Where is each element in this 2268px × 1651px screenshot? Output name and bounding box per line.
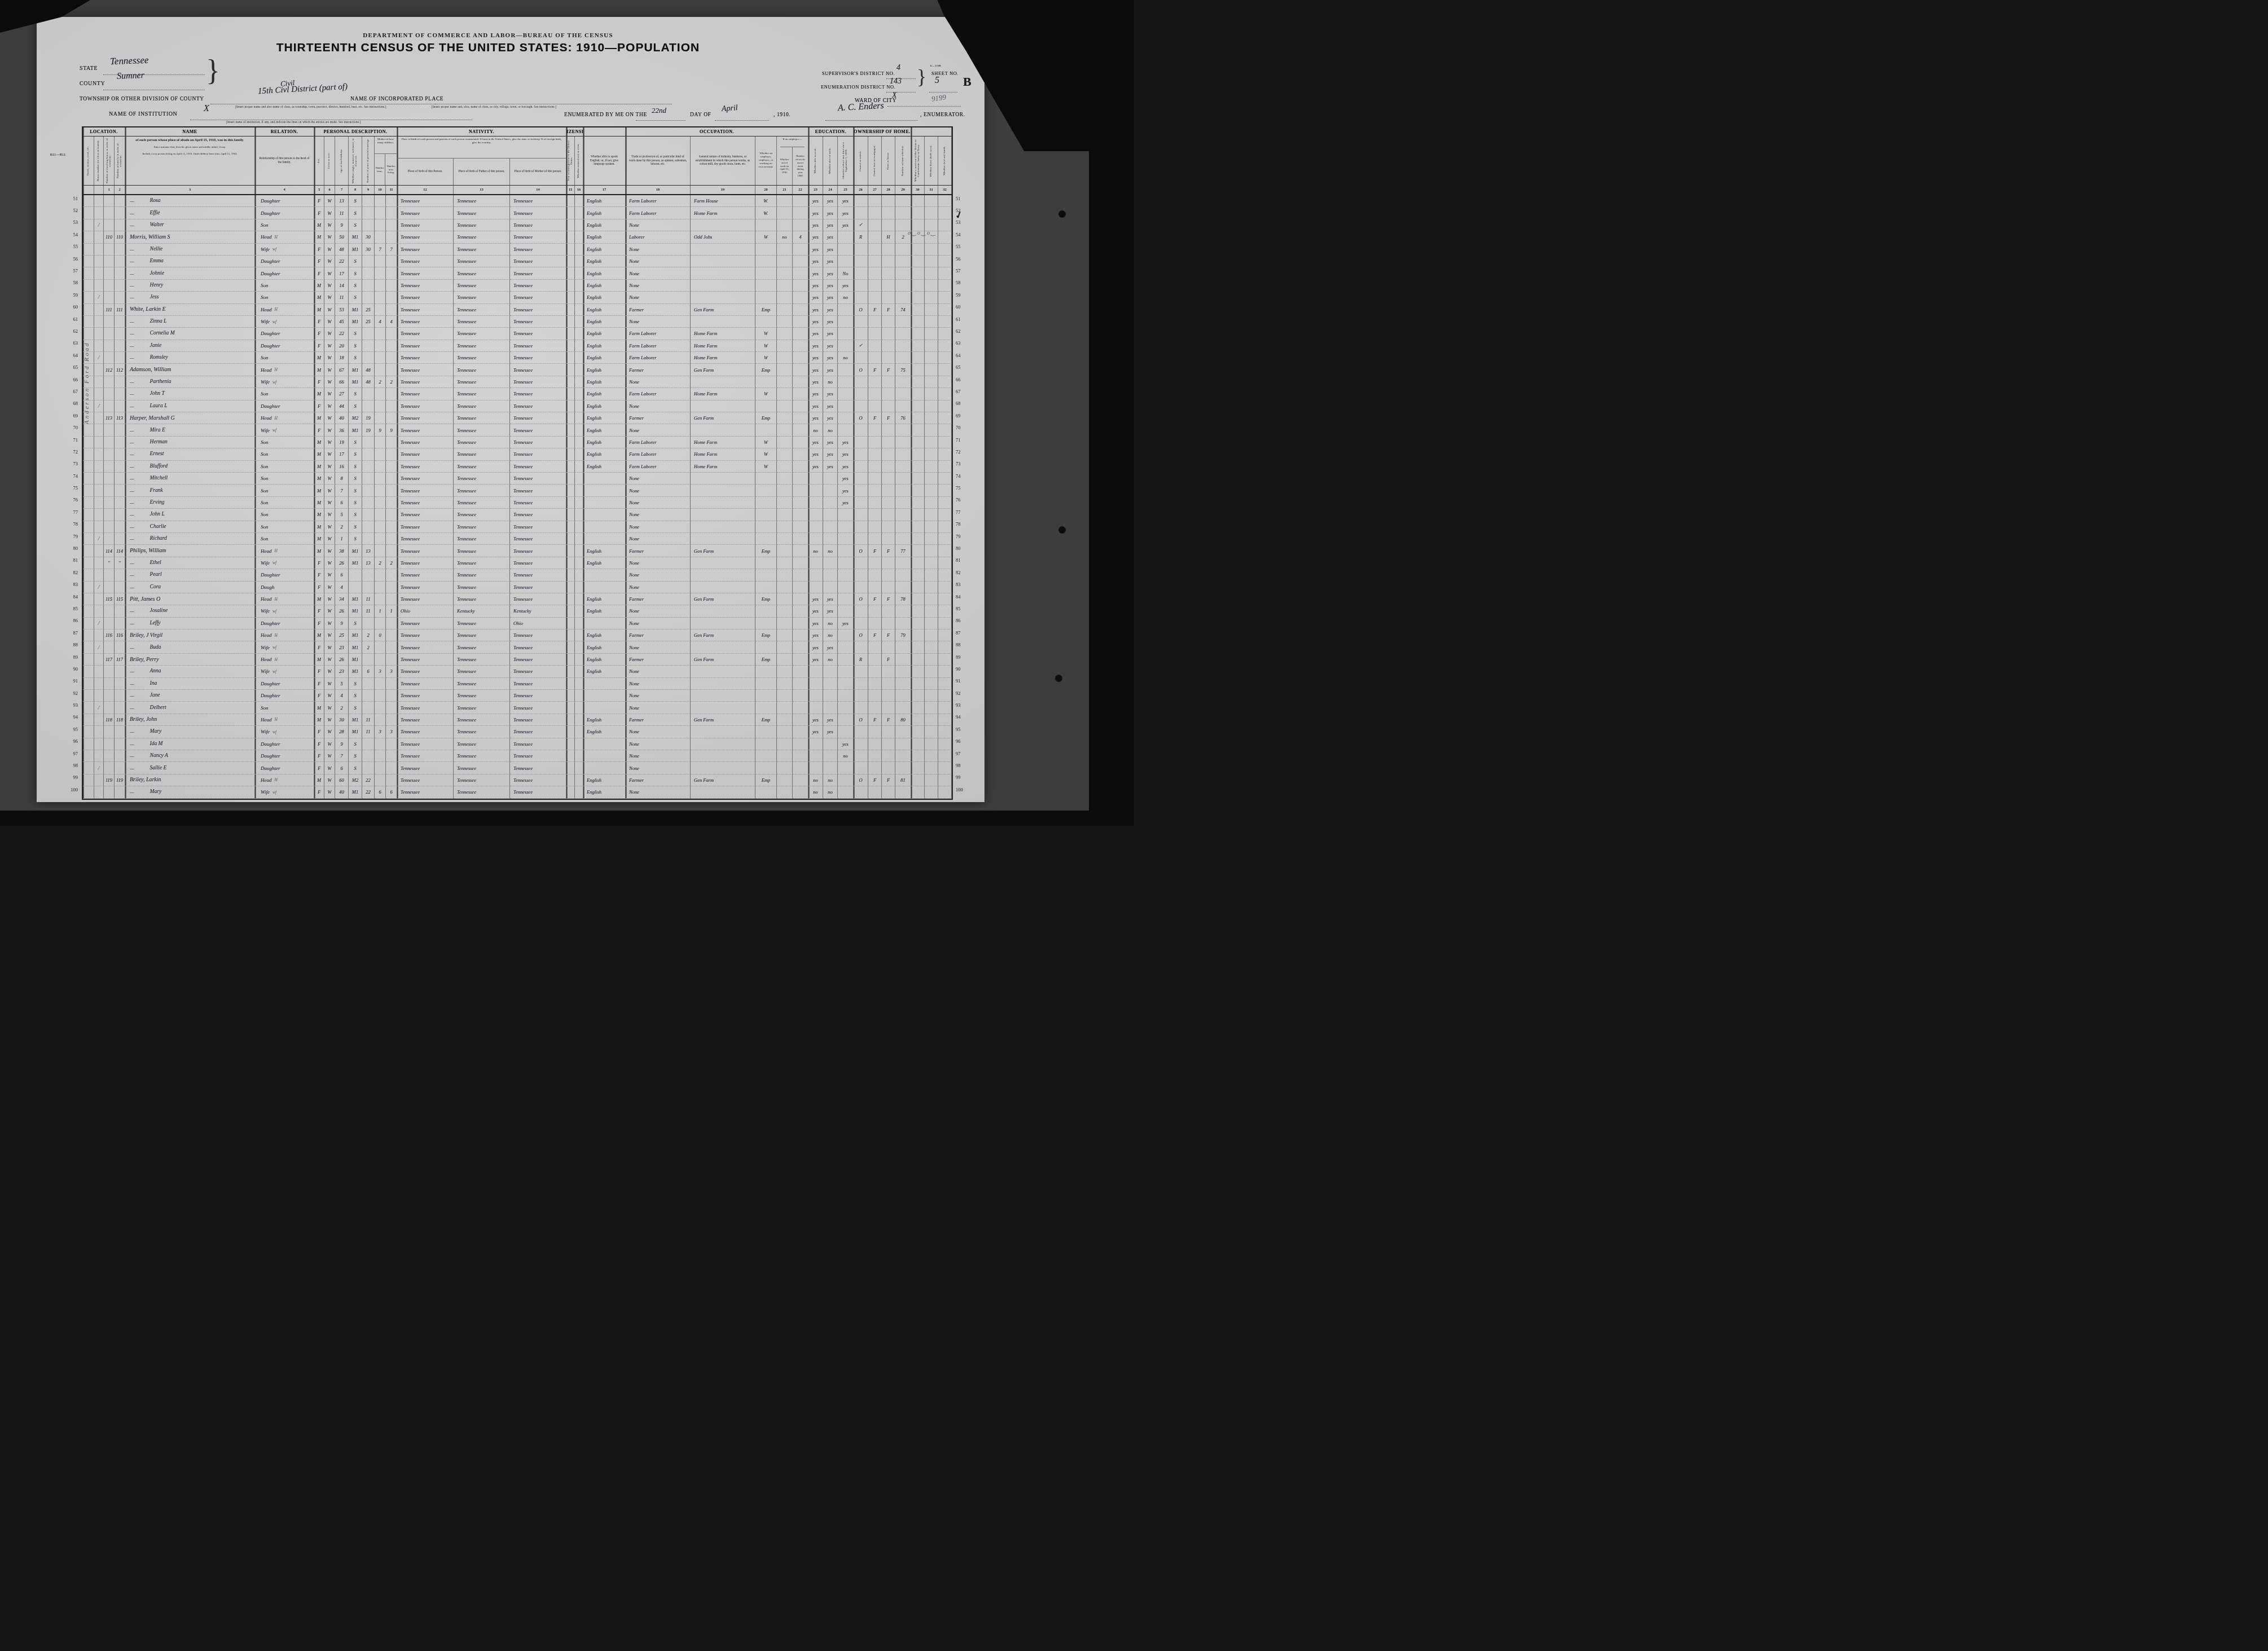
- cell-emp: [755, 726, 777, 738]
- cell-rd: [808, 690, 823, 702]
- cell-sex: M: [314, 485, 324, 496]
- cell-age: 7: [335, 485, 349, 496]
- cell-rel: Son: [255, 292, 314, 303]
- cell-name: —Ina: [125, 678, 255, 690]
- cell-occ: Farm Laborer: [626, 437, 691, 448]
- cell-nat: [575, 582, 583, 593]
- cell-ind: [691, 400, 755, 412]
- cell-pbf: Tennessee: [454, 207, 510, 219]
- col-desc-cl: Number now living.: [385, 154, 397, 185]
- cell-pbf: Tennessee: [454, 738, 510, 750]
- cell-ind: [691, 726, 755, 738]
- cell-df: [938, 352, 952, 364]
- cell-sc: yes: [838, 473, 854, 485]
- cell-cl: 4: [386, 316, 397, 328]
- cell-wr: no: [823, 618, 838, 629]
- cell-emp: [755, 424, 777, 436]
- cell-cb: [375, 569, 386, 581]
- cell-bl: [925, 316, 938, 328]
- cell-name: —Cora: [125, 582, 255, 593]
- cell-sc: [838, 557, 854, 569]
- cell-sched: [895, 533, 911, 545]
- cell-name: —Johnie: [125, 267, 255, 279]
- cell-imm: [566, 509, 575, 521]
- cell-own: [854, 485, 868, 496]
- cell-fam: [115, 521, 125, 533]
- cell-color: W: [324, 437, 335, 448]
- cell-name: —Mitchell: [125, 473, 255, 485]
- row-number-left: 96: [65, 736, 80, 747]
- cell-nat: [575, 666, 583, 677]
- cell-sc: no: [838, 292, 854, 303]
- cell-fr: [868, 509, 882, 521]
- cell-cb: [375, 448, 386, 460]
- cell-pb: Tennessee: [397, 654, 454, 666]
- cell-wk: [793, 412, 808, 424]
- cell-wk: [793, 448, 808, 460]
- cell-yrs: [362, 195, 375, 207]
- enumeration-underline: [886, 91, 916, 93]
- cell-pb: Tennessee: [397, 437, 454, 448]
- institution-label: Name of institution: [109, 111, 177, 117]
- cell-rd: no: [808, 786, 823, 798]
- census-row-95: —MaryWifewfFW28M11133TennesseeTennesseeT…: [83, 726, 952, 738]
- cell-name: —Nellie: [125, 244, 255, 256]
- cell-own: R: [854, 654, 868, 666]
- row-number-left: 88: [65, 639, 80, 650]
- cell-fh: F: [882, 593, 895, 605]
- row-number-left: 74: [65, 470, 80, 482]
- cell-pbf: Tennessee: [454, 593, 510, 605]
- cell-yrs: 19: [362, 412, 375, 424]
- cell-own: [854, 641, 868, 653]
- col-number: 29: [895, 186, 911, 194]
- cell-pb: Tennessee: [397, 364, 454, 376]
- cell-dwell: [104, 641, 115, 653]
- row-number-right: 96: [954, 736, 969, 747]
- cell-fh: F: [882, 714, 895, 726]
- cell-sc: [838, 678, 854, 690]
- cell-fr: [868, 750, 882, 762]
- cell-sched: [895, 557, 911, 569]
- cell-yrs: 30: [362, 231, 375, 243]
- cell-rel: Son: [255, 521, 314, 533]
- cell-fh: F: [882, 654, 895, 666]
- row-number-left: 94: [65, 711, 80, 723]
- row-number-left: 55: [65, 241, 80, 253]
- row-number-right: 74: [954, 470, 969, 482]
- cell-sched: [895, 654, 911, 666]
- cell-vet: [911, 376, 925, 388]
- cell-cl: [386, 448, 397, 460]
- cell-name: —Rosa: [125, 195, 255, 207]
- cell-bl: [925, 690, 938, 702]
- row-number-left: 73: [65, 458, 80, 470]
- col-number: 1: [104, 186, 115, 194]
- cell-dwell: 119: [104, 774, 115, 786]
- census-row-66: —PartheniaWifewfFW66M14822TennesseeTenne…: [83, 376, 952, 388]
- punch-hole: [1055, 675, 1062, 682]
- cell-ow: [777, 582, 793, 593]
- cell-nat: [575, 726, 583, 738]
- cell-pb: Tennessee: [397, 593, 454, 605]
- census-row-76: —ErvingSonMW6STennesseeTennesseeTennesse…: [83, 497, 952, 509]
- cell-wr: yes: [823, 714, 838, 726]
- cell-yrs: [362, 738, 375, 750]
- cell-age: 40: [335, 412, 349, 424]
- cell-ow: [777, 678, 793, 690]
- cell-ow: [777, 207, 793, 219]
- cell-color: W: [324, 485, 335, 496]
- cell-cl: [386, 388, 397, 400]
- cell-df: [938, 207, 952, 219]
- cell-mar: S: [349, 678, 362, 690]
- cell-imm: [566, 461, 575, 473]
- cell-vet: [911, 774, 925, 786]
- cell-sex: M: [314, 219, 324, 231]
- cell-own: [854, 244, 868, 256]
- row-number-right: 90: [954, 663, 969, 675]
- cell-own: [854, 497, 868, 509]
- cell-pbm: Kentucky: [510, 605, 566, 617]
- cell-fam: [115, 738, 125, 750]
- cell-imm: [566, 629, 575, 641]
- cell-occ: Farmer: [626, 412, 691, 424]
- cell-street: [83, 786, 94, 798]
- row-number-left: 81: [65, 554, 80, 566]
- month-underline: [715, 120, 769, 121]
- cell-rd: yes: [808, 280, 823, 292]
- cell-color: W: [324, 231, 335, 243]
- cell-name: —Pearl: [125, 569, 255, 581]
- cell-age: 17: [335, 448, 349, 460]
- cell-own: [854, 388, 868, 400]
- cell-sc: [838, 605, 854, 617]
- cell-emp: [755, 292, 777, 303]
- cell-wk: [793, 195, 808, 207]
- cell-bl: [925, 629, 938, 641]
- cell-ow: [777, 316, 793, 328]
- state-label: State: [80, 65, 98, 72]
- cell-house: /: [94, 582, 104, 593]
- cell-rel: Wifewf: [255, 641, 314, 653]
- cell-eng: English: [583, 774, 626, 786]
- cell-imm: [566, 654, 575, 666]
- sheet-form-code: 6—1188: [930, 64, 941, 67]
- cell-fr: [868, 533, 882, 545]
- cell-nat: [575, 412, 583, 424]
- cell-df: [938, 424, 952, 436]
- cell-df: [938, 654, 952, 666]
- cell-wr: yes: [823, 256, 838, 267]
- cell-dwell: 111: [104, 304, 115, 316]
- cell-cl: [386, 485, 397, 496]
- cell-wr: [823, 485, 838, 496]
- cell-age: 11: [335, 207, 349, 219]
- cell-pb: Tennessee: [397, 629, 454, 641]
- cell-imm: [566, 280, 575, 292]
- cell-cb: [375, 461, 386, 473]
- cell-dwell: [104, 388, 115, 400]
- cell-emp: [755, 750, 777, 762]
- cell-occ: Farmer: [626, 545, 691, 557]
- cell-vet: [911, 400, 925, 412]
- cell-sched: [895, 485, 911, 496]
- cell-yrs: [362, 485, 375, 496]
- cell-sc: [838, 400, 854, 412]
- cell-rel: Son: [255, 702, 314, 714]
- group-header: [583, 127, 626, 137]
- cell-yrs: [362, 461, 375, 473]
- cell-ind: Gen Farm: [691, 304, 755, 316]
- cell-fam: [115, 618, 125, 629]
- cell-vet: [911, 618, 925, 629]
- cell-pb: Tennessee: [397, 714, 454, 726]
- cell-age: 26: [335, 557, 349, 569]
- row-number-right: 57: [954, 265, 969, 276]
- cell-yrs: 22: [362, 786, 375, 798]
- cell-name: —Ernest: [125, 448, 255, 460]
- cell-dwell: 110: [104, 231, 115, 243]
- cell-sc: [838, 569, 854, 581]
- cell-nat: [575, 195, 583, 207]
- cell-vet: [911, 219, 925, 231]
- cell-color: W: [324, 267, 335, 279]
- cell-fam: 113: [115, 412, 125, 424]
- col-number: 21: [777, 186, 793, 194]
- cell-pb: Tennessee: [397, 400, 454, 412]
- census-row-70: —Mira EWifewfFW36M11999TennesseeTennesse…: [83, 424, 952, 436]
- cell-sched: 80: [895, 714, 911, 726]
- cell-nat: [575, 219, 583, 231]
- cell-dwell: 115: [104, 593, 115, 605]
- cell-wk: [793, 364, 808, 376]
- col-desc-color: Color or race.: [324, 137, 335, 185]
- cell-nat: [575, 473, 583, 485]
- row-number-right: 98: [954, 759, 969, 771]
- county-underline: [103, 89, 205, 90]
- cell-ow: [777, 352, 793, 364]
- cell-ind: [691, 473, 755, 485]
- col-number: 4: [255, 186, 314, 194]
- cell-emp: [755, 582, 777, 593]
- cell-vet: [911, 473, 925, 485]
- cell-rel: Son: [255, 388, 314, 400]
- enumeration-district-label: Enumeration District No.: [821, 84, 896, 90]
- cell-dwell: [104, 521, 115, 533]
- col-number: [83, 186, 94, 194]
- cell-imm: [566, 256, 575, 267]
- col-desc-occ: Trade or profession of, or particular ki…: [626, 137, 691, 185]
- cell-rd: [808, 702, 823, 714]
- cell-cb: 7: [375, 244, 386, 256]
- col-desc-fh: Farm or house.: [882, 137, 895, 185]
- cell-pbf: Tennessee: [454, 678, 510, 690]
- col-desc-fr: Owned free or mortgaged.: [868, 137, 882, 185]
- row-number-right: 73: [954, 458, 969, 470]
- cell-fam: [115, 437, 125, 448]
- cell-fam: [115, 400, 125, 412]
- cell-pbf: Tennessee: [454, 654, 510, 666]
- cell-fam: 110: [115, 231, 125, 243]
- cell-pbm: Tennessee: [510, 726, 566, 738]
- cell-street: [83, 545, 94, 557]
- cell-df: [938, 666, 952, 677]
- cell-rd: yes: [808, 219, 823, 231]
- row-number-right: 72: [954, 446, 969, 457]
- cell-street: [83, 485, 94, 496]
- col-number: 16: [575, 186, 583, 194]
- row-number-right: 76: [954, 494, 969, 506]
- cell-sc: [838, 533, 854, 545]
- cell-sched: [895, 750, 911, 762]
- col-number: 12: [397, 186, 454, 194]
- cell-ow: [777, 219, 793, 231]
- cell-eng: English: [583, 267, 626, 279]
- cell-emp: W: [755, 328, 777, 340]
- year-suffix: , 1910.: [773, 112, 790, 118]
- cell-emp: Emp: [755, 654, 777, 666]
- cell-eng: English: [583, 244, 626, 256]
- cell-rel: Son: [255, 280, 314, 292]
- cell-emp: Emp: [755, 412, 777, 424]
- group-header: LOCATION.: [83, 127, 125, 137]
- cell-mar: S: [349, 702, 362, 714]
- cell-vet: [911, 582, 925, 593]
- cell-color: W: [324, 545, 335, 557]
- cell-own: O: [854, 412, 868, 424]
- cell-wk: [793, 352, 808, 364]
- cell-age: 20: [335, 340, 349, 352]
- cell-pb: Tennessee: [397, 412, 454, 424]
- cell-sc: [838, 340, 854, 352]
- cell-rel: HeadH: [255, 629, 314, 641]
- cell-emp: [755, 280, 777, 292]
- cell-sc: [838, 690, 854, 702]
- cell-sched: 78: [895, 593, 911, 605]
- cell-ow: [777, 521, 793, 533]
- cell-house: [94, 231, 104, 243]
- cell-name: —Josaline: [125, 605, 255, 617]
- cell-pb: Tennessee: [397, 702, 454, 714]
- cell-pb: Tennessee: [397, 533, 454, 545]
- row-number-left: 75: [65, 482, 80, 494]
- cell-occ: Farmer: [626, 654, 691, 666]
- cell-wk: [793, 582, 808, 593]
- cell-eng: English: [583, 448, 626, 460]
- cell-sex: M: [314, 352, 324, 364]
- cell-emp: Emp: [755, 774, 777, 786]
- cell-street: [83, 533, 94, 545]
- cell-rd: yes: [808, 412, 823, 424]
- cell-wk: 4: [793, 231, 808, 243]
- col-number: 11: [386, 186, 397, 194]
- row-number-right: 71: [954, 434, 969, 446]
- cell-fam: 116: [115, 629, 125, 641]
- cell-sex: M: [314, 304, 324, 316]
- cell-eng: English: [583, 340, 626, 352]
- cell-cb: [375, 485, 386, 496]
- cell-sc: yes: [838, 618, 854, 629]
- census-row-87: 116116Briley, J VirgilHeadHMW25M120Tenne…: [83, 629, 952, 641]
- cell-wr: yes: [823, 412, 838, 424]
- cell-rel: HeadH: [255, 654, 314, 666]
- cell-nat: [575, 340, 583, 352]
- cell-pbm: Tennessee: [510, 244, 566, 256]
- cell-sched: [895, 678, 911, 690]
- cell-color: W: [324, 424, 335, 436]
- cell-df: [938, 219, 952, 231]
- census-row-65: 112112Adamson, WilliamHeadHMW67M148Tenne…: [83, 364, 952, 376]
- cell-yrs: 13: [362, 545, 375, 557]
- cell-emp: [755, 738, 777, 750]
- cell-pbf: Tennessee: [454, 750, 510, 762]
- cell-eng: English: [583, 666, 626, 677]
- cell-pbm: Tennessee: [510, 219, 566, 231]
- cell-house: [94, 678, 104, 690]
- cell-imm: [566, 702, 575, 714]
- cell-yrs: [362, 473, 375, 485]
- cell-own: O: [854, 364, 868, 376]
- cell-bl: [925, 437, 938, 448]
- cell-own: [854, 448, 868, 460]
- cell-wr: no: [823, 424, 838, 436]
- cell-wk: [793, 629, 808, 641]
- cell-fam: [115, 328, 125, 340]
- row-number-left: 82: [65, 566, 80, 578]
- row-number-right: 51: [954, 192, 969, 204]
- cell-own: [854, 605, 868, 617]
- cell-pbm: Tennessee: [510, 690, 566, 702]
- cell-imm: [566, 605, 575, 617]
- cell-wr: no: [823, 376, 838, 388]
- cell-dwell: [104, 461, 115, 473]
- cell-sex: F: [314, 786, 324, 798]
- cell-own: [854, 328, 868, 340]
- cell-cl: 3: [386, 726, 397, 738]
- row-number-right: 62: [954, 325, 969, 337]
- cell-pbm: Tennessee: [510, 485, 566, 496]
- cell-dwell: [104, 738, 115, 750]
- cell-pbm: Tennessee: [510, 328, 566, 340]
- cell-sc: [838, 316, 854, 328]
- cell-fam: [115, 280, 125, 292]
- cell-pbm: Tennessee: [510, 533, 566, 545]
- cell-imm: [566, 678, 575, 690]
- cell-age: 18: [335, 352, 349, 364]
- col-number: [94, 186, 104, 194]
- cell-own: [854, 618, 868, 629]
- col-desc-sex: Sex.: [314, 137, 324, 185]
- row-number-right: 100: [954, 783, 969, 795]
- cell-eng: English: [583, 280, 626, 292]
- cell-cb: [375, 582, 386, 593]
- cell-wk: [793, 666, 808, 677]
- cell-pbm: Tennessee: [510, 678, 566, 690]
- cell-sched: [895, 738, 911, 750]
- cell-df: [938, 641, 952, 653]
- cell-rd: yes: [808, 437, 823, 448]
- cell-bl: [925, 618, 938, 629]
- punch-hole: [1058, 526, 1066, 534]
- cell-sex: F: [314, 690, 324, 702]
- cell-wk: [793, 545, 808, 557]
- cell-age: 17: [335, 267, 349, 279]
- cell-wr: [823, 666, 838, 677]
- col-desc-if-employee: If an employee—Whether out of work on Ap…: [777, 137, 808, 185]
- cell-cl: [386, 582, 397, 593]
- cell-rel: Daughter: [255, 328, 314, 340]
